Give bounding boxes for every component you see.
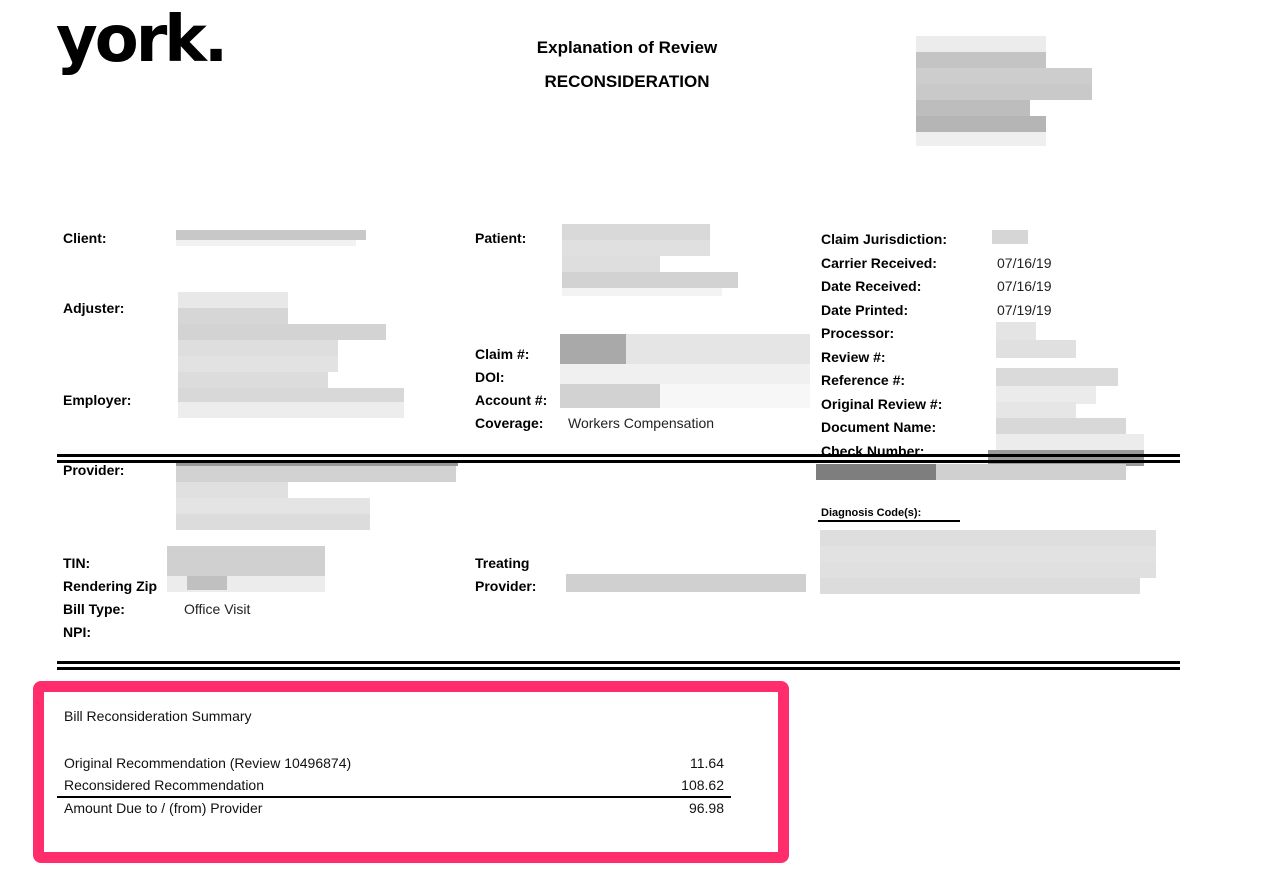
redacted-client: [176, 230, 366, 246]
york-logo: york.: [56, 8, 225, 72]
document-name-label: Document Name:: [821, 419, 936, 435]
redacted-provider: [176, 463, 458, 531]
date-printed-label: Date Printed:: [821, 302, 908, 318]
summary-total-line: [57, 796, 731, 798]
coverage-label: Coverage:: [475, 415, 543, 431]
summary-total-label: Amount Due to / (from) Provider: [64, 800, 262, 816]
section-divider-top: [57, 454, 1180, 457]
treating-provider-label-line1: Treating: [475, 555, 529, 571]
coverage-value: Workers Compensation: [568, 415, 714, 431]
summary-row-value: 11.64: [604, 755, 724, 771]
reference-number-label: Reference #:: [821, 372, 905, 388]
summary-total-value: 96.98: [604, 800, 724, 816]
tin-label: TIN:: [63, 555, 90, 571]
section-divider-bottom-2: [57, 667, 1180, 670]
employer-label: Employer:: [63, 392, 131, 408]
summary-row-value: 108.62: [604, 777, 724, 793]
redacted-adjuster: [178, 292, 404, 418]
carrier-received-value: 07/16/19: [997, 255, 1052, 271]
redacted-diagnosis-codes: [818, 530, 1158, 596]
summary-title: Bill Reconsideration Summary: [64, 708, 252, 724]
client-label: Client:: [63, 230, 107, 246]
bill-type-value: Office Visit: [184, 601, 250, 617]
diagnosis-codes-label: Diagnosis Code(s):: [821, 507, 921, 519]
provider-label: Provider:: [63, 462, 124, 478]
review-number-label: Review #:: [821, 349, 886, 365]
redacted-treating-provider: [566, 574, 810, 594]
treating-provider-label-line2: Provider:: [475, 578, 536, 594]
claim-jurisdiction-label: Claim Jurisdiction:: [821, 231, 947, 247]
rendering-zip-label: Rendering Zip: [63, 578, 157, 594]
summary-row-label: Reconsidered Recommendation: [64, 777, 264, 793]
date-printed-value: 07/19/19: [997, 302, 1052, 318]
processor-label: Processor:: [821, 325, 894, 341]
account-number-label: Account #:: [475, 392, 547, 408]
document-subtitle: RECONSIDERATION: [400, 72, 854, 92]
date-received-label: Date Received:: [821, 278, 921, 294]
patient-label: Patient:: [475, 230, 526, 246]
doi-label: DOI:: [475, 369, 505, 385]
document-title: Explanation of Review: [400, 38, 854, 58]
date-received-value: 07/16/19: [997, 278, 1052, 294]
bill-type-label: Bill Type:: [63, 601, 125, 617]
claim-number-label: Claim #:: [475, 346, 529, 362]
redacted-tin-zip: [167, 546, 325, 592]
redacted-patient: [562, 224, 742, 296]
redacted-header-block: [916, 36, 1096, 146]
summary-row-label: Original Recommendation (Review 10496874…: [64, 755, 351, 771]
carrier-received-label: Carrier Received:: [821, 255, 937, 271]
redacted-jurisdiction: [992, 230, 1028, 244]
npi-label: NPI:: [63, 624, 91, 640]
redacted-claim-details: [560, 334, 810, 408]
diagnosis-underline: [818, 520, 960, 522]
redacted-right-values: [988, 322, 1144, 472]
adjuster-label: Adjuster:: [63, 300, 124, 316]
section-divider-bottom: [57, 661, 1180, 664]
original-review-number-label: Original Review #:: [821, 396, 942, 412]
redacted-service-dates: [816, 464, 1126, 482]
